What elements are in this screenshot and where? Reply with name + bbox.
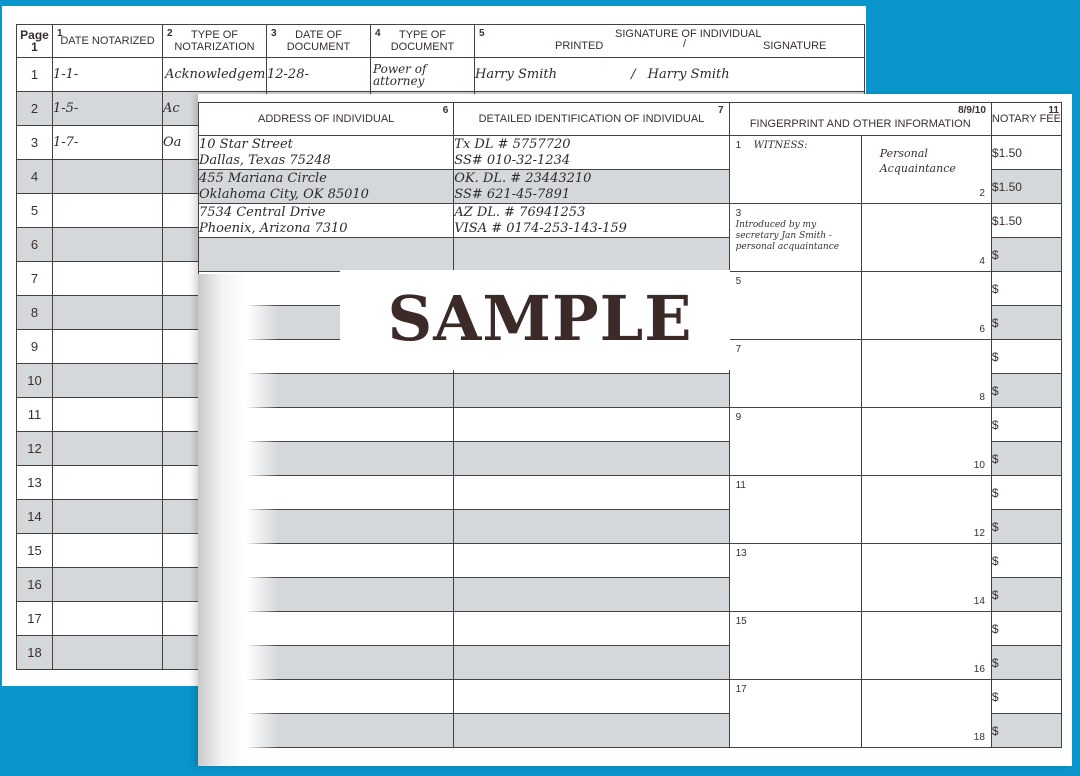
box-index: 14 (974, 596, 985, 607)
identification-cell[interactable] (454, 612, 729, 646)
identification-cell[interactable]: AZ DL. # 76941253VISA # 0174-253-143-159 (454, 204, 729, 238)
table-row: 7534 Central DrivePhoenix, Arizona 7310 … (199, 204, 1062, 238)
fee-cell[interactable]: $1.50 (991, 136, 1061, 170)
fee-cell[interactable]: $ (991, 612, 1061, 646)
column-number: 3 (271, 28, 277, 40)
header-label: ADDRESS OF INDIVIDUAL (258, 113, 394, 125)
id-line: OK. DL. # 23443210 (454, 171, 591, 186)
fee-cell[interactable]: $ (991, 238, 1061, 272)
sample-watermark: SAMPLE (350, 274, 730, 364)
row-number: 13 (17, 466, 53, 500)
row-number: 12 (17, 432, 53, 466)
address-cell[interactable]: 455 Mariana CircleOklahoma City, OK 8501… (199, 170, 454, 204)
table-row: 13 14 $ (199, 544, 1062, 578)
id-line: SS# 010-32-1234 (454, 153, 570, 168)
date-notarized-cell[interactable] (53, 160, 163, 194)
column-number: 6 (443, 105, 449, 116)
fee-cell[interactable]: $ (991, 272, 1061, 306)
date-notarized-cell[interactable] (53, 330, 163, 364)
address-line: Dallas, Texas 75248 (199, 153, 331, 168)
address-line: 7534 Central Drive (199, 205, 326, 220)
other-info-box[interactable]: 4 (861, 204, 991, 272)
box-index: 10 (974, 460, 985, 471)
header-label: TYPE OF DOCUMENT (391, 29, 455, 53)
box-index: 4 (979, 256, 985, 267)
identification-cell[interactable] (454, 408, 729, 442)
identification-cell[interactable]: OK. DL. # 23443210SS# 621-45-7891 (454, 170, 729, 204)
printed-name: Harry Smith (475, 67, 557, 82)
row-number: 16 (17, 568, 53, 602)
info-note: Personal Acquaintance (880, 146, 991, 176)
header-notary-fee: NOTARY FEE11 (991, 103, 1061, 136)
fingerprint-box[interactable]: 5 (729, 272, 861, 340)
other-info-box[interactable]: 14 (861, 544, 991, 612)
identification-cell[interactable] (454, 714, 729, 748)
table-row: 11 12 $ (199, 476, 1062, 510)
other-info-box[interactable]: 12 (861, 476, 991, 544)
address-line: 10 Star Street (199, 137, 293, 152)
other-info-box[interactable]: 8 (861, 340, 991, 408)
other-info-box[interactable]: 6 (861, 272, 991, 340)
box-index: 8 (979, 392, 985, 403)
table-row: 17 18 $ (199, 680, 1062, 714)
fee-cell[interactable]: $ (991, 544, 1061, 578)
identification-cell[interactable] (454, 544, 729, 578)
header-type-of-document: 4TYPE OF DOCUMENT (371, 25, 475, 58)
fingerprint-box[interactable]: 3Introduced by my secretary Jan Smith - … (729, 204, 861, 272)
header-label: DATE NOTARIZED (60, 35, 154, 47)
row-number: 17 (17, 602, 53, 636)
document-date-cell[interactable]: 12-28- (267, 58, 371, 92)
page-curl-shadow (198, 274, 278, 766)
signature-cell[interactable]: Harry Smith / Harry Smith (475, 58, 865, 92)
box-index: 13 (736, 548, 747, 559)
table-row: 9 10 $ (199, 408, 1062, 442)
fee-cell[interactable]: $ (991, 306, 1061, 340)
header-printed: PRINTED (555, 40, 603, 52)
box-index: 15 (736, 616, 747, 627)
header-address: ADDRESS OF INDIVIDUAL6 (199, 103, 454, 136)
other-info-box[interactable]: 18 (861, 680, 991, 748)
table-row: 10 Star StreetDallas, Texas 75248 Tx DL … (199, 136, 1062, 170)
box-index: 7 (736, 344, 742, 355)
fee-cell[interactable]: $1.50 (991, 204, 1061, 238)
header-date-of-document: 3DATE OF DOCUMENT (267, 25, 371, 58)
row-number: 5 (17, 194, 53, 228)
identification-cell[interactable] (454, 442, 729, 476)
row-number: 10 (17, 364, 53, 398)
identification-cell[interactable] (454, 374, 729, 408)
fee-cell[interactable]: $ (991, 374, 1061, 408)
date-notarized-cell[interactable] (53, 364, 163, 398)
address-line: Oklahoma City, OK 85010 (199, 187, 369, 202)
identification-cell[interactable] (454, 510, 729, 544)
date-notarized-cell[interactable] (53, 636, 163, 670)
date-notarized-cell[interactable] (53, 534, 163, 568)
front-page-journal-sheet: ADDRESS OF INDIVIDUAL6 DETAILED IDENTIFI… (198, 94, 1072, 766)
date-notarized-cell[interactable]: 1-7- (53, 126, 163, 160)
header-slash: / (683, 38, 686, 50)
fingerprint-box[interactable]: 11 (729, 476, 861, 544)
box-index: 11 (736, 480, 746, 491)
date-notarized-cell[interactable] (53, 194, 163, 228)
row-number: 1 (17, 58, 53, 92)
box-index: 2 (979, 188, 985, 199)
identification-cell[interactable] (454, 578, 729, 612)
column-number: 4 (375, 28, 381, 40)
header-signature: 5 SIGNATURE OF INDIVIDUAL PRINTED / SIGN… (475, 25, 865, 58)
header-fingerprint: FINGERPRINT AND OTHER INFORMATION8/9/10 (729, 103, 991, 136)
notarization-type-cell[interactable]: Acknowledgement (163, 58, 267, 92)
identification-cell[interactable] (454, 646, 729, 680)
id-line: AZ DL. # 76941253 (454, 205, 585, 220)
identification-cell[interactable] (454, 238, 729, 272)
header-label: FINGERPRINT AND OTHER INFORMATION (750, 118, 971, 130)
column-number: 8/9/10 (958, 105, 986, 116)
other-info-box[interactable]: Personal Acquaintance2 (861, 136, 991, 204)
box-index: 9 (736, 412, 742, 423)
column-number: 11 (1048, 105, 1059, 117)
id-line: VISA # 0174-253-143-159 (454, 221, 627, 236)
header-label: DETAILED IDENTIFICATION OF INDIVIDUAL (479, 113, 705, 125)
date-notarized-cell[interactable]: 1-1- (53, 58, 163, 92)
column-number: 1 (57, 28, 63, 40)
row-number: 7 (17, 262, 53, 296)
box-index: 12 (974, 528, 985, 539)
box-index: 5 (736, 276, 742, 287)
header-identification: DETAILED IDENTIFICATION OF INDIVIDUAL7 (454, 103, 729, 136)
date-notarized-cell[interactable] (53, 432, 163, 466)
row-number: 4 (17, 160, 53, 194)
document-type-cell[interactable]: Power of attorney (371, 58, 475, 92)
address-cell[interactable]: 7534 Central DrivePhoenix, Arizona 7310 (199, 204, 454, 238)
box-index: 17 (736, 684, 747, 695)
fingerprint-box[interactable]: 9 (729, 408, 861, 476)
table-row: 1 1-1- Acknowledgement 12-28- Power of a… (17, 58, 865, 92)
date-notarized-cell[interactable] (53, 500, 163, 534)
fee-cell[interactable]: $ (991, 510, 1061, 544)
fee-cell[interactable]: $ (991, 408, 1061, 442)
address-line: Phoenix, Arizona 7310 (199, 221, 348, 236)
date-notarized-cell[interactable] (53, 296, 163, 330)
header-label: TYPE OF NOTARIZATION (174, 29, 254, 53)
info-note: Introduced by my secretary Jan Smith - p… (736, 220, 856, 253)
date-notarized-cell[interactable] (53, 568, 163, 602)
fee-cell[interactable]: $ (991, 476, 1061, 510)
separator: / (631, 67, 635, 82)
date-notarized-cell[interactable] (53, 228, 163, 262)
identification-cell[interactable]: Tx DL # 5757720SS# 010-32-1234 (454, 136, 729, 170)
fee-cell[interactable]: $ (991, 680, 1061, 714)
fingerprint-box[interactable]: 1WITNESS: (729, 136, 861, 204)
table-row: 15 16 $ (199, 612, 1062, 646)
fingerprint-box[interactable]: 7 (729, 340, 861, 408)
journal-table-right: ADDRESS OF INDIVIDUAL6 DETAILED IDENTIFI… (198, 102, 1062, 748)
row-number: 9 (17, 330, 53, 364)
fee-cell[interactable]: $ (991, 646, 1061, 680)
column-number: 2 (167, 28, 173, 40)
other-info-box[interactable]: 10 (861, 408, 991, 476)
id-line: Tx DL # 5757720 (454, 137, 570, 152)
column-number: 7 (718, 105, 724, 116)
date-notarized-cell[interactable] (53, 466, 163, 500)
fee-cell[interactable]: $1.50 (991, 170, 1061, 204)
row-number: 18 (17, 636, 53, 670)
address-line: 455 Mariana Circle (199, 171, 327, 186)
header-label: DATE OF DOCUMENT (287, 29, 351, 53)
date-notarized-cell[interactable] (53, 398, 163, 432)
header-signature-label: SIGNATURE (763, 40, 826, 52)
date-notarized-cell[interactable]: 1-5- (53, 92, 163, 126)
signature-name: Harry Smith (648, 67, 730, 82)
row-number: 2 (17, 92, 53, 126)
fee-cell[interactable]: $ (991, 340, 1061, 374)
box-index: 3 (736, 208, 742, 219)
address-cell[interactable] (199, 238, 454, 272)
witness-note: WITNESS: (754, 140, 808, 151)
box-index: 6 (979, 324, 985, 335)
fee-cell[interactable]: $ (991, 714, 1061, 748)
row-number: 14 (17, 500, 53, 534)
box-index: 1 (736, 140, 742, 151)
row-number: 11 (17, 398, 53, 432)
fee-cell[interactable]: $ (991, 442, 1061, 476)
date-notarized-cell[interactable] (53, 602, 163, 636)
header-page: Page1 (17, 25, 53, 58)
row-number: 6 (17, 228, 53, 262)
row-number: 15 (17, 534, 53, 568)
address-cell[interactable]: 10 Star StreetDallas, Texas 75248 (199, 136, 454, 170)
header-date-notarized: 1DATE NOTARIZED (53, 25, 163, 58)
identification-cell[interactable] (454, 680, 729, 714)
fingerprint-box[interactable]: 15 (729, 612, 861, 680)
page-number: 1 (31, 40, 38, 54)
other-info-box[interactable]: 16 (861, 612, 991, 680)
fingerprint-box[interactable]: 17 (729, 680, 861, 748)
fee-cell[interactable]: $ (991, 578, 1061, 612)
row-number: 8 (17, 296, 53, 330)
id-line: SS# 621-45-7891 (454, 187, 570, 202)
box-index: 18 (974, 732, 985, 743)
header-type-of-notarization: 2TYPE OF NOTARIZATION (163, 25, 267, 58)
header-label: SIGNATURE OF INDIVIDUAL (615, 28, 761, 40)
fingerprint-box[interactable]: 13 (729, 544, 861, 612)
box-index: 16 (974, 664, 985, 675)
identification-cell[interactable] (454, 476, 729, 510)
row-number: 3 (17, 126, 53, 160)
date-notarized-cell[interactable] (53, 262, 163, 296)
